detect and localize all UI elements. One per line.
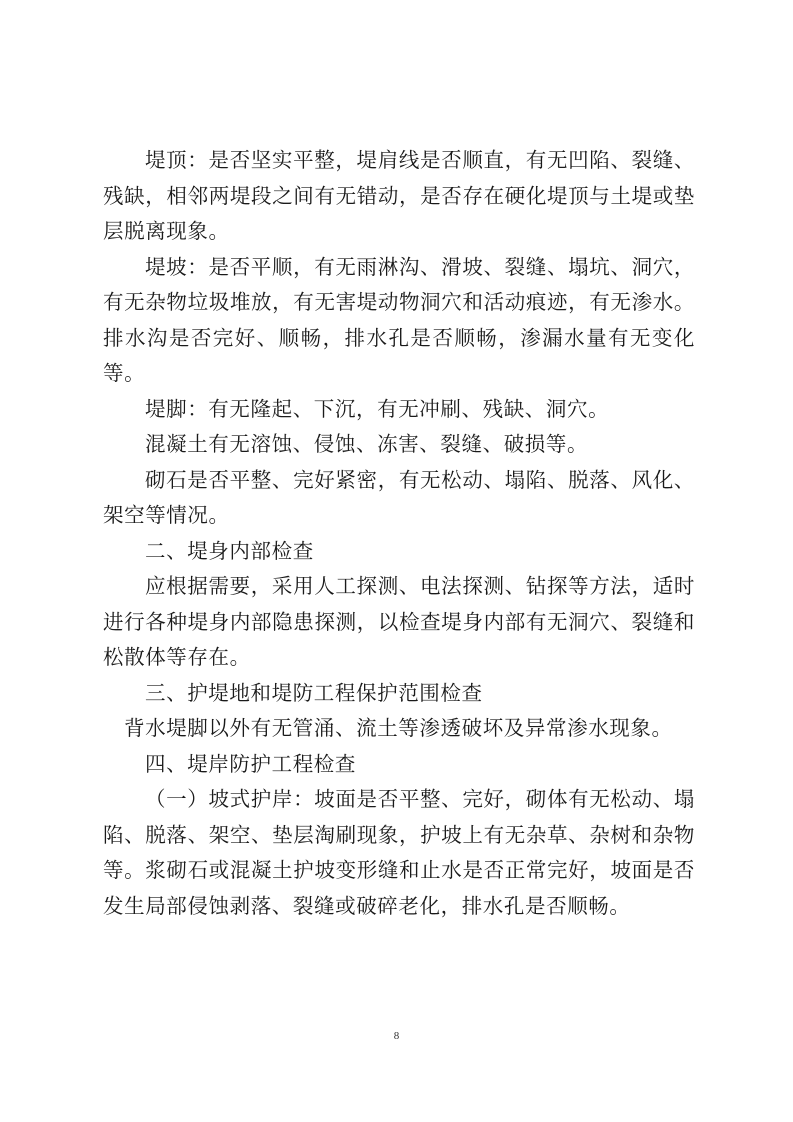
section-heading-bank-protection: 四、堤岸防护工程检查 bbox=[103, 747, 695, 783]
paragraph-concrete: 混凝土有无溶蚀、侵蚀、冻害、裂缝、破损等。 bbox=[103, 427, 695, 463]
paragraph-seepage: 背水堤脚以外有无管涌、流土等渗透破坏及异常渗水现象。 bbox=[103, 711, 695, 747]
paragraph-dike-toe: 堤脚：有无隆起、下沉，有无冲刷、残缺、洞穴。 bbox=[103, 392, 695, 428]
paragraph-internal-detection: 应根据需要，采用人工探测、电法探测、钻探等方法，适时进行各种堤身内部隐患探测，以… bbox=[103, 569, 695, 676]
paragraph-dike-crest: 堤顶：是否坚实平整，堤肩线是否顺直，有无凹陷、裂缝、残缺，相邻两堤段之间有无错动… bbox=[103, 143, 695, 250]
document-body: 堤顶：是否坚实平整，堤肩线是否顺直，有无凹陷、裂缝、残缺，相邻两堤段之间有无错动… bbox=[103, 143, 695, 924]
paragraph-slope-revetment: （一）坡式护岸：坡面是否平整、完好，砌体有无松动、塌陷、脱落、架空、垫层淘刷现象… bbox=[103, 782, 695, 924]
paragraph-dike-slope: 堤坡：是否平顺，有无雨淋沟、滑坡、裂缝、塌坑、洞穴，有无杂物垃圾堆放，有无害堤动… bbox=[103, 250, 695, 392]
section-heading-internal-inspection: 二、堤身内部检查 bbox=[103, 534, 695, 570]
page-number: 8 bbox=[0, 1030, 793, 1042]
paragraph-masonry: 砌石是否平整、完好紧密，有无松动、塌陷、脱落、风化、架空等情况。 bbox=[103, 463, 695, 534]
section-heading-protection-zone: 三、护堤地和堤防工程保护范围检查 bbox=[103, 676, 695, 712]
